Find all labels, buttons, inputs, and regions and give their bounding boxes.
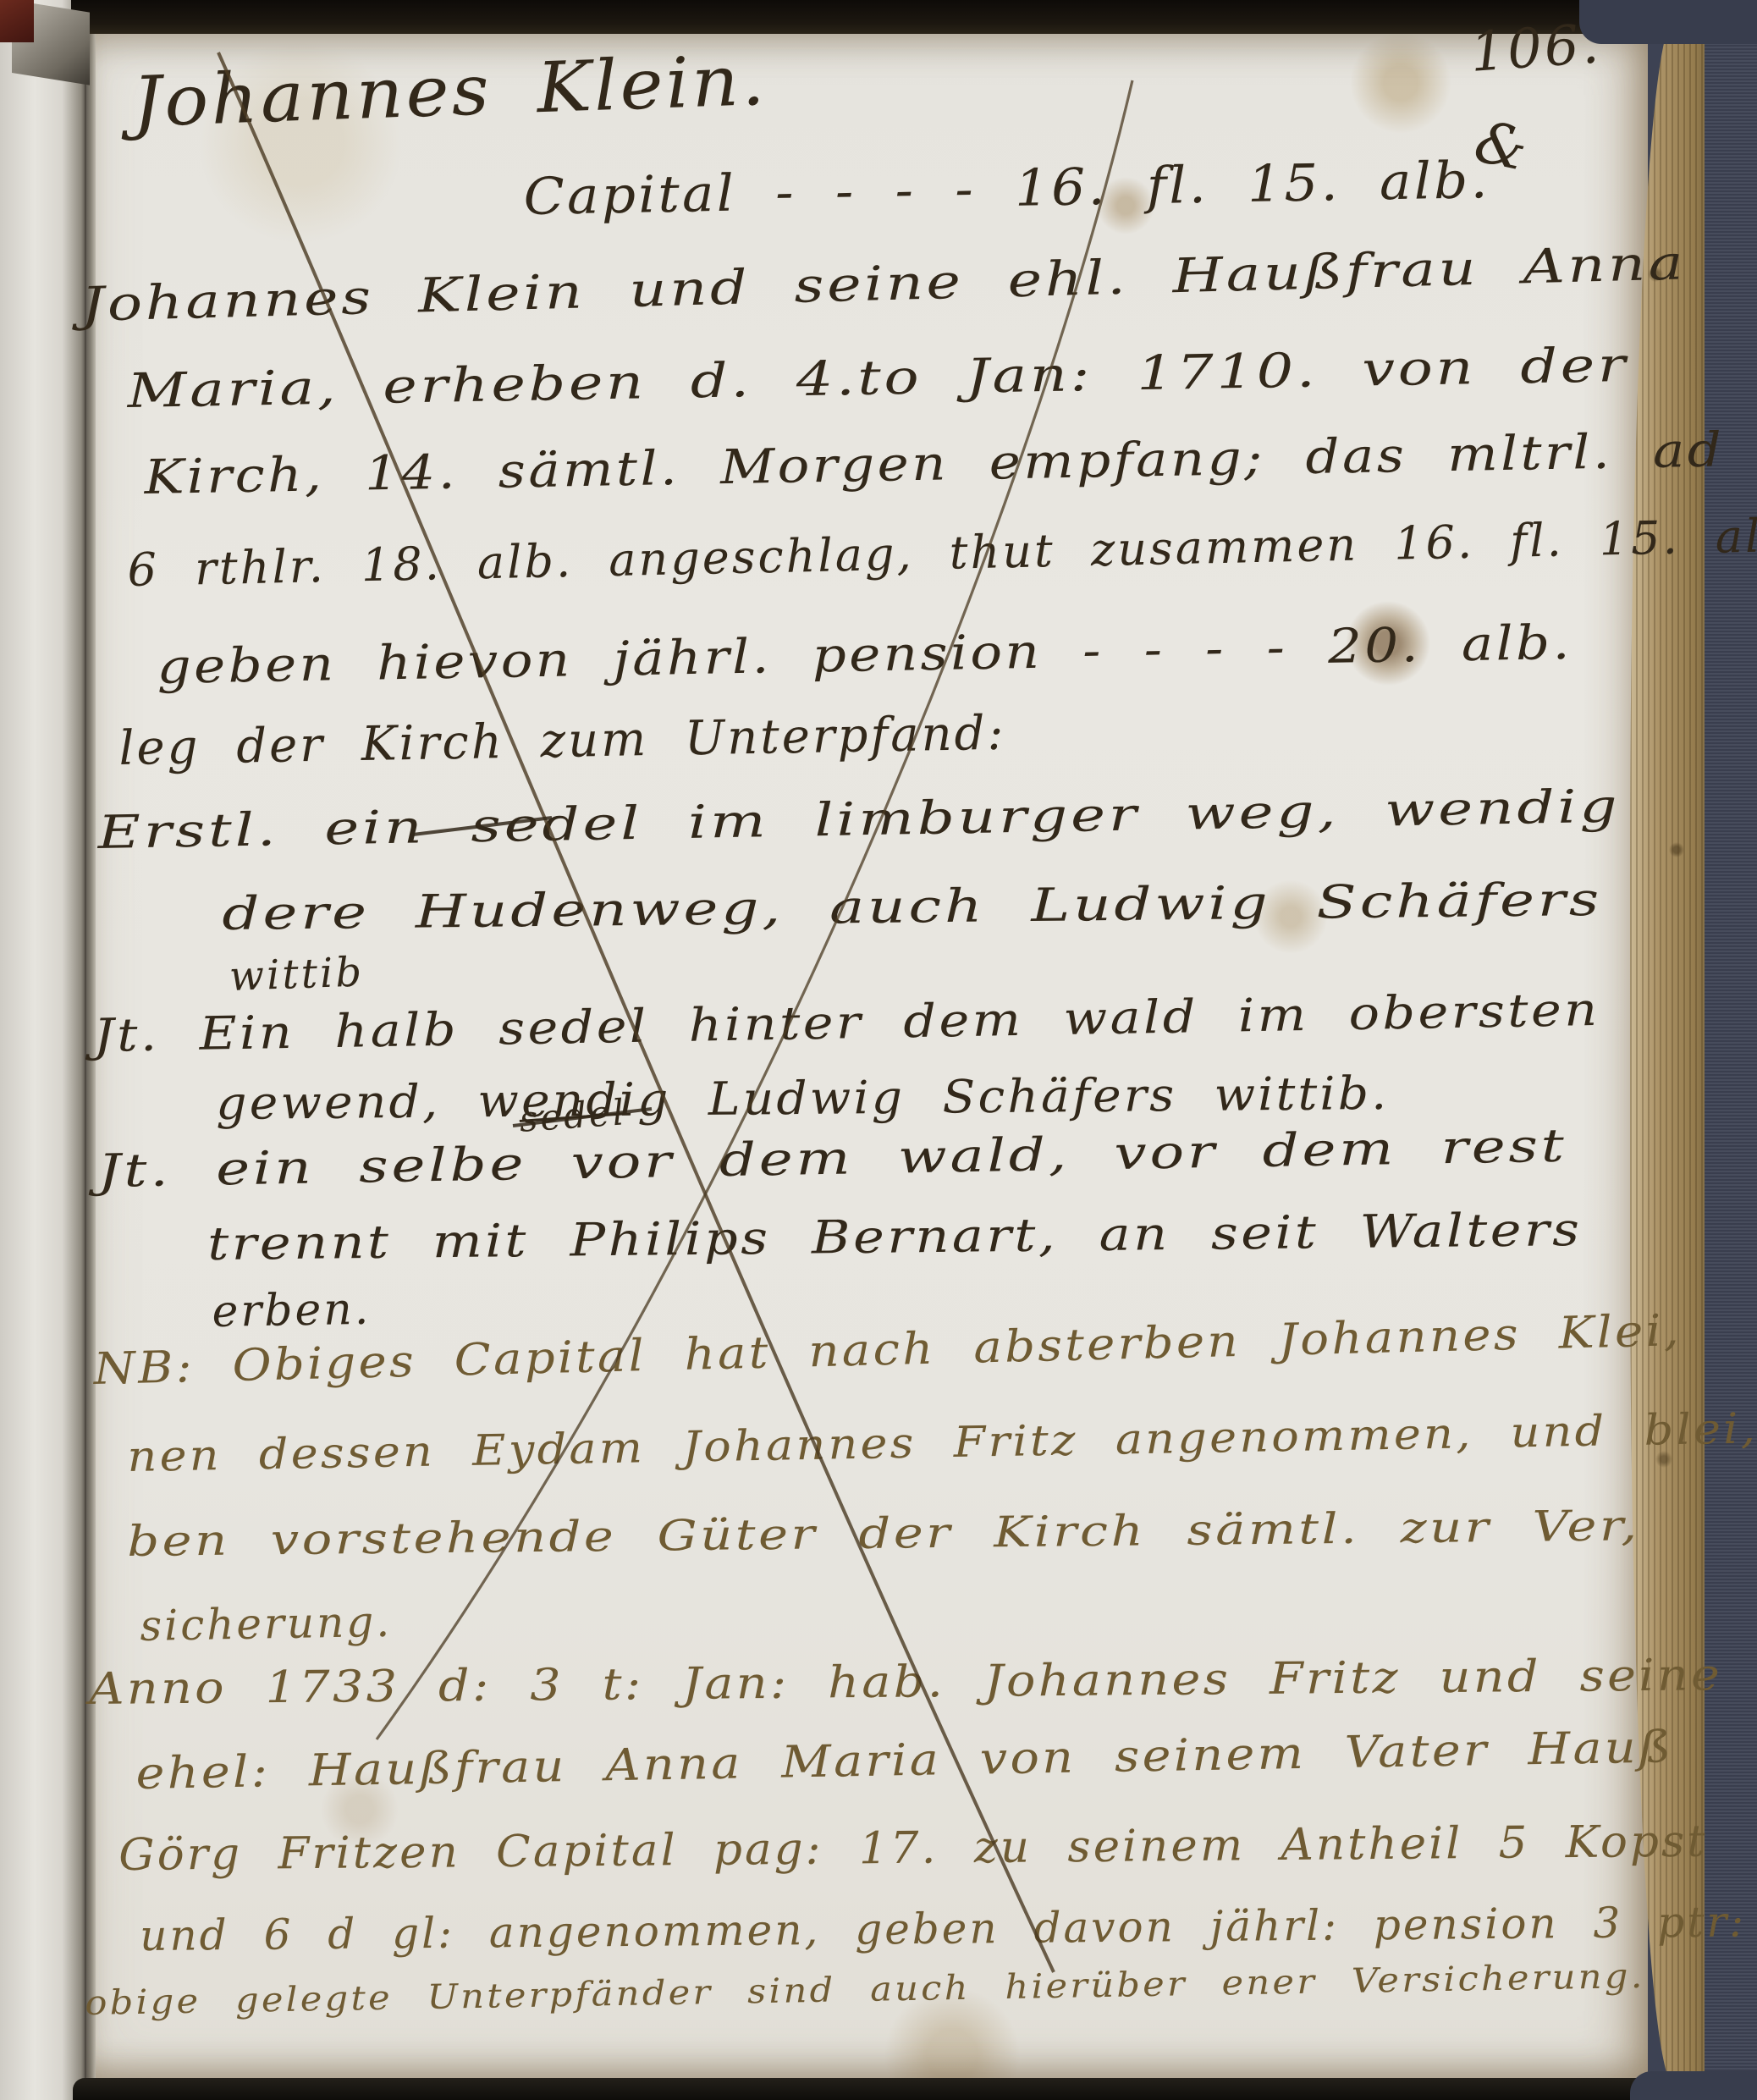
manuscript-line: gewend, wendig Ludwig Schäfers wittib.: [216, 1067, 1390, 1130]
book-cover-background: [1705, 0, 1757, 2100]
struck-word: sedel: [518, 1091, 628, 1140]
book-cover-corner-bottom: [1630, 2071, 1757, 2100]
manuscript-line: wittib: [229, 948, 365, 1000]
book-cover-corner-top: [1579, 0, 1757, 44]
book-bottom-edge-shadow: [73, 2078, 1649, 2100]
facing-page-edge: [0, 0, 86, 2100]
red-cover-sliver: [0, 0, 34, 42]
manuscript-line: sicherung.: [140, 1597, 393, 1651]
page-number: 106.: [1468, 13, 1603, 85]
manuscript-line: erben.: [212, 1284, 372, 1337]
book-top-edge-shadow: [71, 0, 1684, 34]
manuscript-page-scan: 106. & Johannes Klein. Capital - - - - 1…: [0, 0, 1757, 2100]
book-fore-edge: [1630, 20, 1710, 2085]
